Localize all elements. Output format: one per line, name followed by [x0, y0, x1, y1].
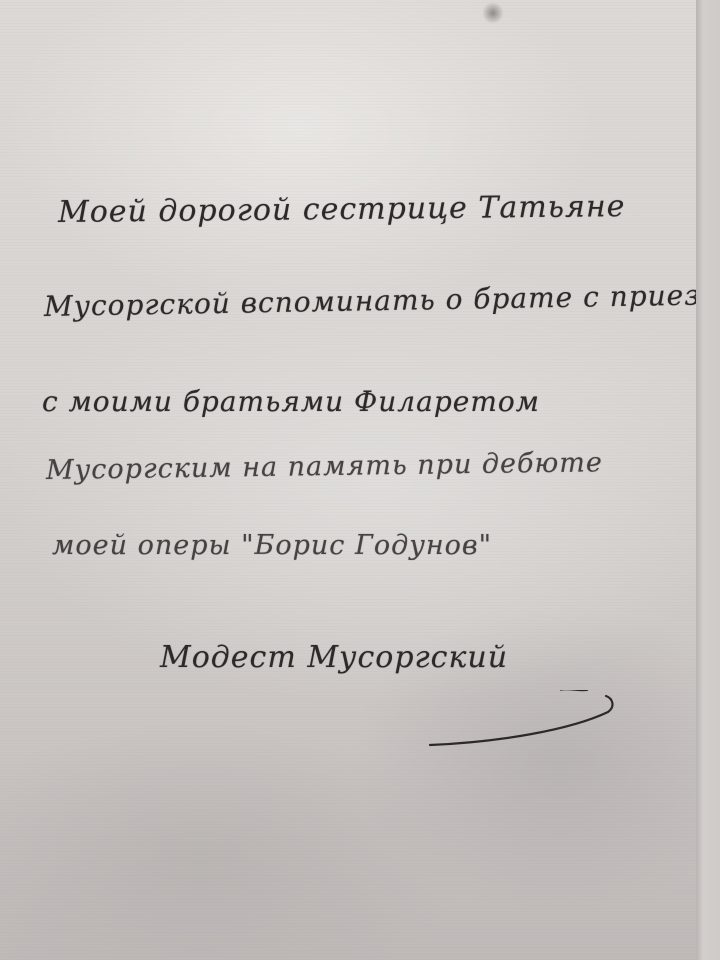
inscription-line-3: с моими братьями Филаретом: [42, 385, 540, 418]
page-edge: [696, 0, 720, 960]
signature-flourish-icon: [420, 690, 620, 750]
inscription-line-2: Мусоргской вспоминать о брате с приездом: [44, 277, 720, 323]
ink-smudge: [482, 2, 504, 24]
inscription-line-5: моей оперы "Борис Годунов": [52, 530, 492, 561]
inscription-line-1: Моей дорогой сестрице Татьяне: [58, 189, 626, 230]
inscription-line-4: Мусоргским на память при дебюте: [46, 447, 603, 486]
manuscript-page: Моей дорогой сестрице Татьяне Мусоргской…: [0, 0, 696, 960]
signature: Модест Мусоргский: [160, 640, 508, 675]
